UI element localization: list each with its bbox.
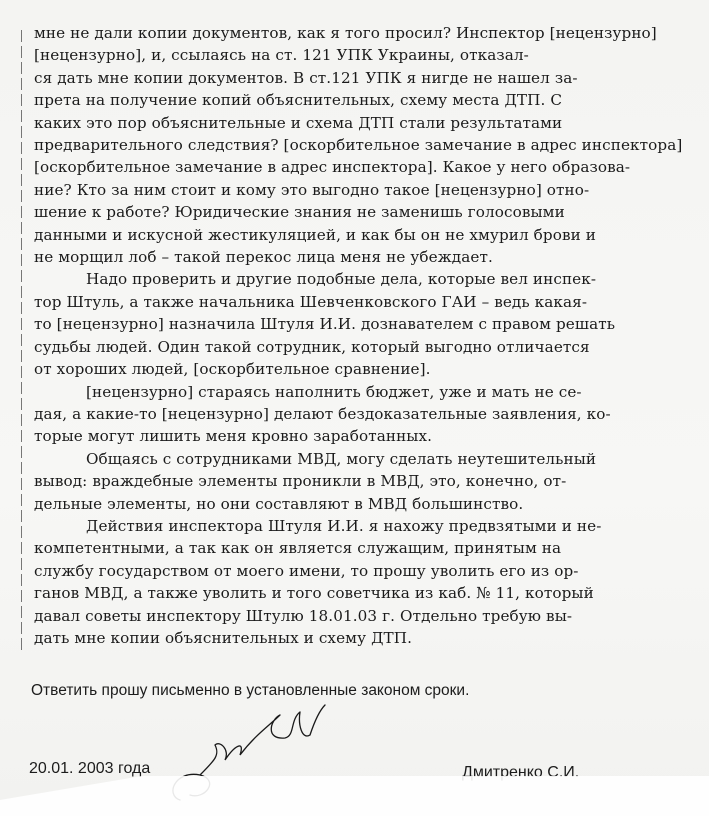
text-line: дать мне копии объяснительных и схему ДТ… <box>34 627 664 649</box>
text-line: ся дать мне копии документов. В ст.121 У… <box>34 67 664 89</box>
letter-date: 20.01. 2003 года <box>29 760 150 778</box>
text-line: давал советы инспектору Штулю 18.01.03 г… <box>34 605 664 627</box>
text-line: вывод: враждебные элементы проникли в МВ… <box>34 470 664 492</box>
text-line: Действия инспектора Штуля И.И. я нахожу … <box>34 515 664 537</box>
text-line: от хороших людей, [оскорбительное сравне… <box>34 358 664 380</box>
text-line: судьбы людей. Один такой сотрудник, кото… <box>34 336 664 358</box>
text-line: предварительного следствия? [оскорбитель… <box>34 134 664 156</box>
text-line: [нецензурно], и, ссылаясь на ст. 121 УПК… <box>34 44 664 66</box>
text-line: шение к работе? Юридические знания не за… <box>34 201 664 223</box>
text-line: торые могут лишить меня кровно заработан… <box>34 425 664 447</box>
text-line: компетентными, а так как он является слу… <box>34 537 664 559</box>
closing-request: Ответить прошу письменно в установленные… <box>31 682 469 700</box>
text-line: данными и искусной жестикуляцией, и как … <box>34 224 664 246</box>
text-line: тор Штуль, а также начальника Шевченковс… <box>34 291 664 313</box>
letter-body: мне не дали копии документов, как я того… <box>34 22 664 649</box>
text-line: Надо проверить и другие подобные дела, к… <box>34 268 664 290</box>
text-line: то [нецензурно] назначила Штуля И.И. доз… <box>34 313 664 335</box>
text-line: Общаясь с сотрудниками МВД, могу сделать… <box>34 448 664 470</box>
text-line: не морщил лоб – такой перекос лица меня … <box>34 246 664 268</box>
text-line: прета на получение копий объяснительных,… <box>34 89 664 111</box>
text-line: [нецензурно] стараясь наполнить бюджет, … <box>34 381 664 403</box>
text-line: [оскорбительное замечание в адрес инспек… <box>34 156 664 178</box>
text-line: дельные элементы, но они составляют в МВ… <box>34 493 664 515</box>
text-line: каких это пор объяснительные и схема ДТП… <box>34 112 664 134</box>
text-line: ние? Кто за ним стоит и кому это выгодно… <box>34 179 664 201</box>
scanned-page: мне не дали копии документов, как я того… <box>0 0 709 816</box>
text-line: мне не дали копии документов, как я того… <box>34 22 664 44</box>
text-line: дая, а какие-то [нецензурно] делают безд… <box>34 403 664 425</box>
text-line: службу государством от моего имени, то п… <box>34 560 664 582</box>
paper-edge <box>0 776 709 816</box>
text-line: ганов МВД, а также уволить и того советч… <box>34 582 664 604</box>
margin-line <box>21 30 22 650</box>
